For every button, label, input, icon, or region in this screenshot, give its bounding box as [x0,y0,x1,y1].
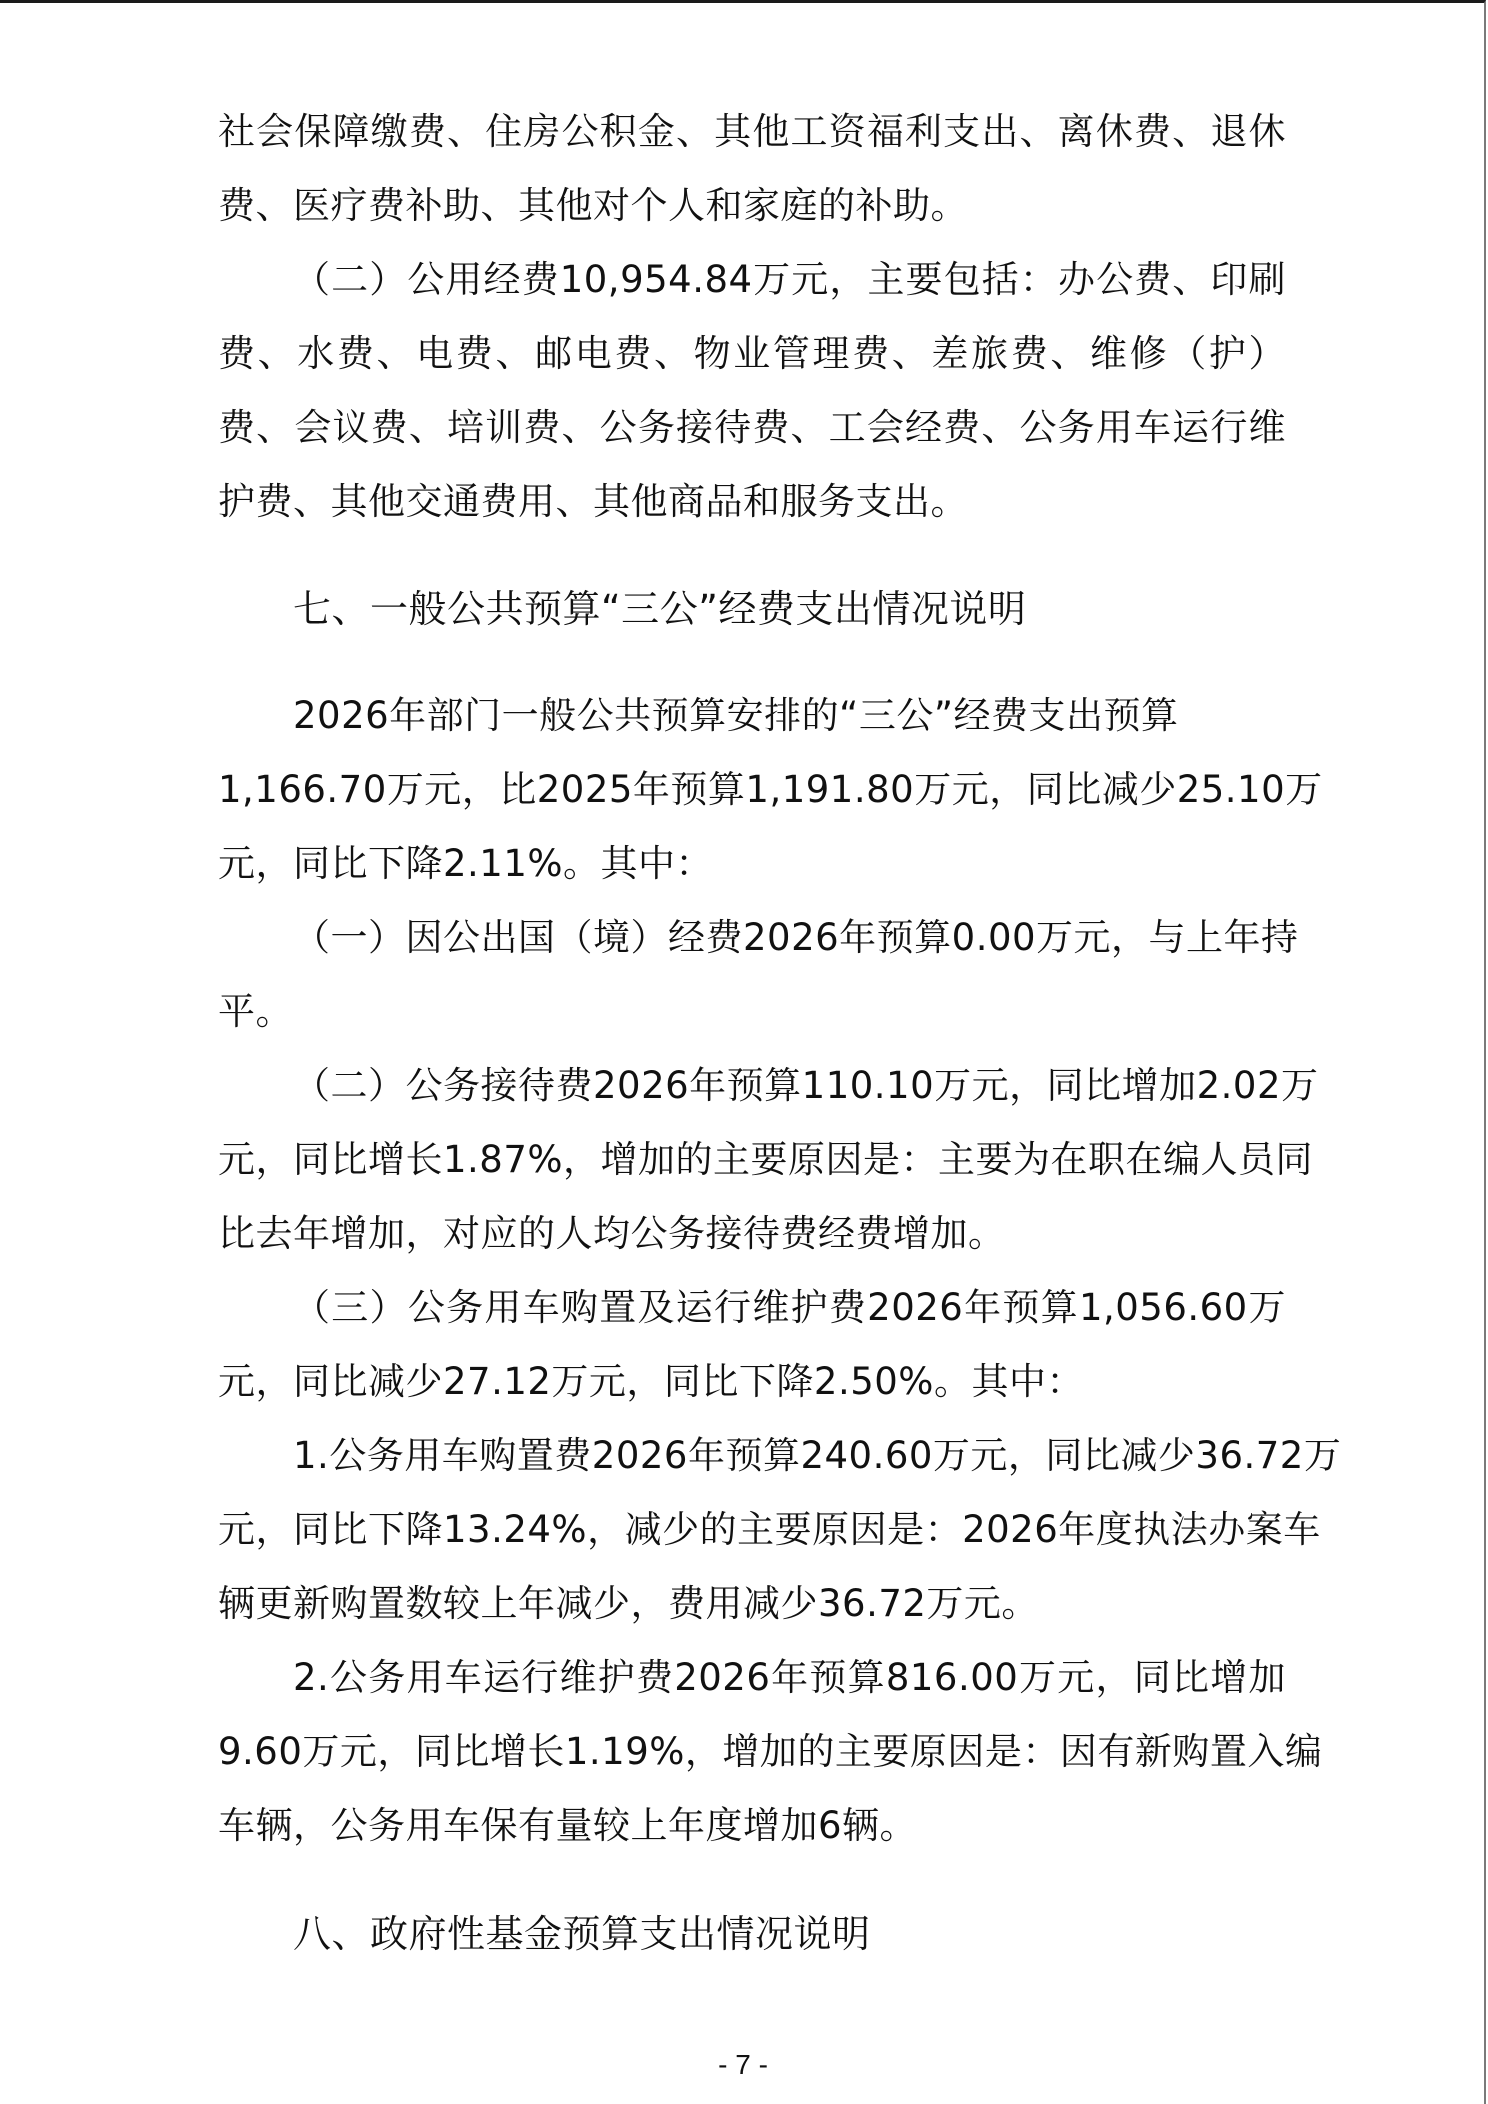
paragraph-line: 比去年增加，对应的人均公务接待费经费增加。 [218,1210,1006,1258]
section-heading-seven: 七、一般公共预算“三公”经费支出情况说明 [293,585,1026,633]
paragraph-line: 元，同比增长1.87%，增加的主要原因是：主要为在职在编人员同 [218,1136,1286,1184]
document-page: 社会保障缴费、住房公积金、其他工资福利支出、离休费、退休 费、医疗费补助、其他对… [0,0,1486,2104]
paragraph-line: 平。 [218,988,293,1036]
paragraph-line: 1.公务用车购置费2026年预算240.60万元，同比减少36.72万 [293,1432,1286,1480]
paragraph-line: 元，同比下降2.11%。其中： [218,840,713,888]
paragraph-line: （一）因公出国（境）经费2026年预算0.00万元，与上年持 [293,914,1286,962]
paragraph-line: 辆更新购置数较上年减少，费用减少36.72万元。 [218,1580,1039,1628]
paragraph-line: 1,166.70万元，比2025年预算1,191.80万元，同比减少25.10万 [218,766,1286,814]
paragraph-line: （二）公务接待费2026年预算110.10万元，同比增加2.02万 [293,1062,1286,1110]
paragraph-line: （二）公用经费10,954.84万元，主要包括：办公费、印刷 [293,256,1286,304]
page-number: - 7 - [0,2047,1486,2083]
paragraph-line: 护费、其他交通费用、其他商品和服务支出。 [218,478,968,526]
section-heading-eight: 八、政府性基金预算支出情况说明 [293,1910,871,1958]
paragraph-line: 费、水费、电费、邮电费、物业管理费、差旅费、维修（护） [218,330,1286,378]
paragraph-line: （三）公务用车购置及运行维护费2026年预算1,056.60万 [293,1284,1286,1332]
paragraph-line: 2026年部门一般公共预算安排的“三公”经费支出预算 [293,692,1179,740]
paragraph-line: 费、会议费、培训费、公务接待费、工会经费、公务用车运行维 [218,404,1286,452]
paragraph-line: 费、医疗费补助、其他对个人和家庭的补助。 [218,182,968,230]
paragraph-line: 元，同比下降13.24%，减少的主要原因是：2026年度执法办案车 [218,1506,1286,1554]
paragraph-line: 2.公务用车运行维护费2026年预算816.00万元，同比增加 [293,1654,1286,1702]
paragraph-line: 车辆，公务用车保有量较上年度增加6辆。 [218,1802,917,1850]
paragraph-line: 元，同比减少27.12万元，同比下降2.50%。其中： [218,1358,1084,1406]
paragraph-line: 社会保障缴费、住房公积金、其他工资福利支出、离休费、退休 [218,108,1286,156]
paragraph-line: 9.60万元，同比增长1.19%，增加的主要原因是：因有新购置入编 [218,1728,1286,1776]
